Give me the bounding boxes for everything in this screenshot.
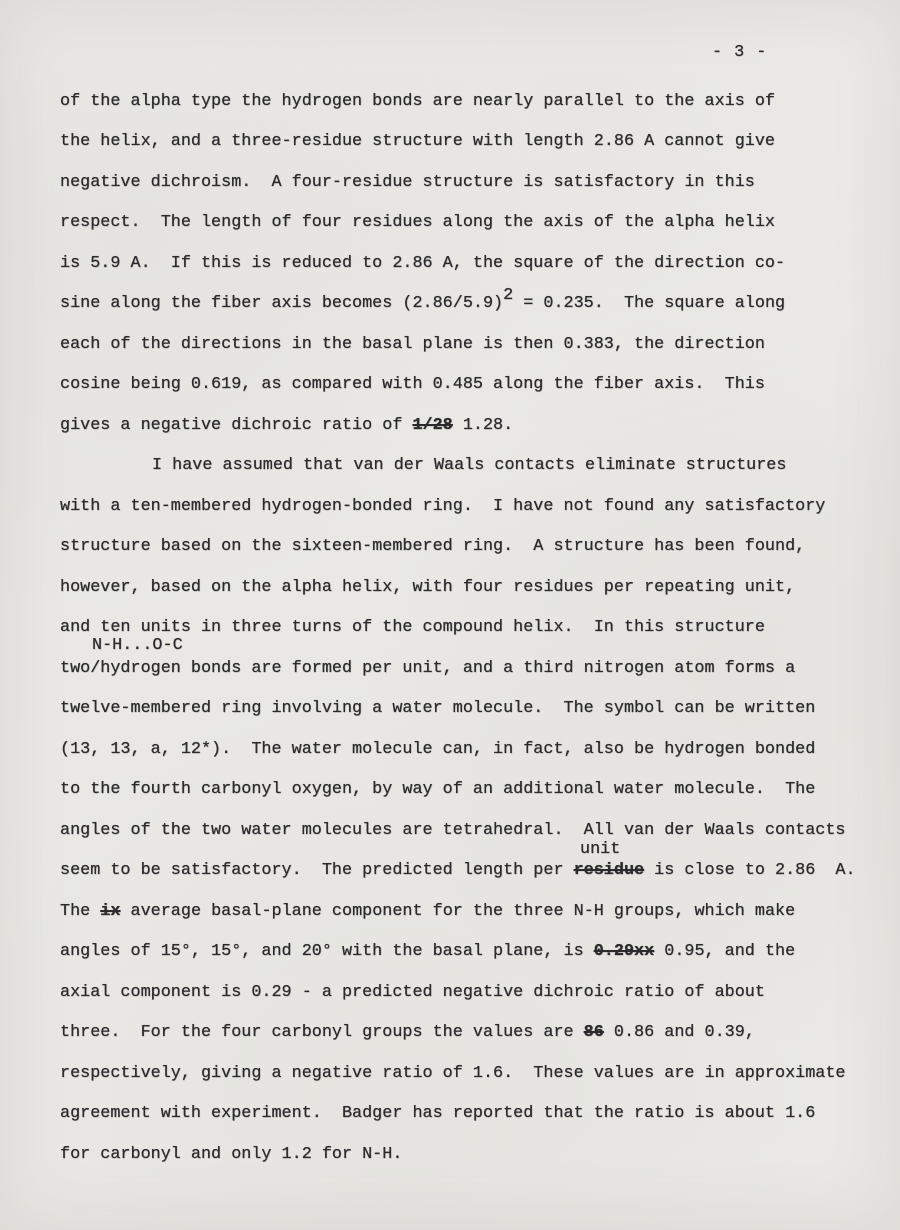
text-segment: gives a negative dichroic ratio of (60, 416, 412, 435)
text-segment: I have assumed that van der Waals contac… (152, 456, 786, 475)
text-line: and ten units in three turns of the comp… (60, 619, 765, 637)
text-line: respectively, giving a negative ratio of… (60, 1065, 846, 1083)
text-line: for carbonyl and only 1.2 for N-H. (60, 1146, 402, 1164)
text-segment: and ten units in three turns of the comp… (60, 618, 765, 637)
struck-out-text: 1/28 (412, 416, 452, 435)
text-segment: respect. The length of four residues alo… (60, 213, 775, 232)
text-line: angles of the two water molecules are te… (60, 822, 846, 840)
struck-out-text: 0.29xx (594, 942, 654, 961)
text-segment: to the fourth carbonyl oxygen, by way of… (60, 780, 815, 799)
text-segment: the helix, and a three-residue structure… (60, 132, 775, 151)
text-segment: structure based on the sixteen-membered … (60, 537, 805, 556)
text-segment: is 5.9 A. If this is reduced to 2.86 A, … (60, 254, 785, 273)
text-segment: twelve-membered ring involving a water m… (60, 699, 815, 718)
text-segment: 0.86 and 0.39, (604, 1023, 755, 1042)
text-segment: The (60, 902, 100, 921)
text-line: two/hydrogen bonds are formed per unit, … (60, 660, 795, 678)
text-segment: with a ten-membered hydrogen-bonded ring… (60, 497, 825, 516)
text-segment: sine along the fiber axis becomes (2.86/… (60, 294, 503, 313)
text-line: axial component is 0.29 - a predicted ne… (60, 984, 765, 1002)
text-segment: angles of 15°, 15°, and 20° with the bas… (60, 942, 594, 961)
text-segment: two/hydrogen bonds are formed per unit, … (60, 659, 795, 678)
struck-out-text: ix (100, 902, 120, 921)
text-line: negative dichroism. A four-residue struc… (60, 174, 755, 192)
text-segment: for carbonyl and only 1.2 for N-H. (60, 1145, 402, 1164)
text-segment: cosine being 0.619, as compared with 0.4… (60, 375, 765, 394)
struck-out-text: residue (574, 861, 645, 880)
text-line: each of the directions in the basal plan… (60, 336, 765, 354)
text-segment: three. For the four carbonyl groups the … (60, 1023, 584, 1042)
text-line: gives a negative dichroic ratio of 1/28 … (60, 417, 513, 435)
text-segment: 1.28. (453, 416, 513, 435)
superscript-text: 2 (503, 286, 513, 305)
text-line: The ix average basal-plane component for… (60, 903, 795, 921)
text-segment: = 0.235. The square along (513, 294, 785, 313)
text-line: agreement with experiment. Badger has re… (60, 1105, 815, 1123)
inserted-correction: unit (580, 841, 620, 859)
text-segment: each of the directions in the basal plan… (60, 335, 765, 354)
text-line: angles of 15°, 15°, and 20° with the bas… (60, 943, 795, 961)
text-line: sine along the fiber axis becomes (2.86/… (60, 295, 785, 313)
text-line: to the fourth carbonyl oxygen, by way of… (60, 781, 815, 799)
text-line: (13, 13, a, 12*). The water molecule can… (60, 741, 815, 759)
text-segment: (13, 13, a, 12*). The water molecule can… (60, 740, 815, 759)
text-line: however, based on the alpha helix, with … (60, 579, 795, 597)
text-segment: of the alpha type the hydrogen bonds are… (60, 92, 775, 111)
inserted-correction: N-H...O-C (92, 637, 183, 655)
text-segment: 0.95, and the (654, 942, 795, 961)
text-segment: seem to be satisfactory. The predicted l… (60, 861, 574, 880)
page-number: - 3 - (712, 44, 767, 62)
text-line: three. For the four carbonyl groups the … (60, 1024, 755, 1042)
text-line: of the alpha type the hydrogen bonds are… (60, 93, 775, 111)
text-line: twelve-membered ring involving a water m… (60, 700, 815, 718)
text-segment: negative dichroism. A four-residue struc… (60, 173, 755, 192)
text-segment: N-H...O-C (92, 636, 183, 655)
text-line: with a ten-membered hydrogen-bonded ring… (60, 498, 825, 516)
struck-out-text: 86 (584, 1023, 604, 1042)
text-segment: is close to 2.86 A. (644, 861, 855, 880)
text-segment: axial component is 0.29 - a predicted ne… (60, 983, 765, 1002)
text-segment: unit (580, 840, 620, 859)
text-segment: angles of the two water molecules are te… (60, 821, 846, 840)
text-segment: respectively, giving a negative ratio of… (60, 1064, 846, 1083)
text-line: seem to be satisfactory. The predicted l… (60, 862, 856, 880)
text-segment: agreement with experiment. Badger has re… (60, 1104, 815, 1123)
text-line: cosine being 0.619, as compared with 0.4… (60, 376, 765, 394)
text-line: I have assumed that van der Waals contac… (152, 457, 786, 475)
text-line: respect. The length of four residues alo… (60, 214, 775, 232)
text-line: the helix, and a three-residue structure… (60, 133, 775, 151)
text-segment: average basal-plane component for the th… (120, 902, 795, 921)
text-line: structure based on the sixteen-membered … (60, 538, 805, 556)
typewritten-page: - 3 - of the alpha type the hydrogen bon… (0, 0, 900, 1230)
text-segment: however, based on the alpha helix, with … (60, 578, 795, 597)
text-line: is 5.9 A. If this is reduced to 2.86 A, … (60, 255, 785, 273)
